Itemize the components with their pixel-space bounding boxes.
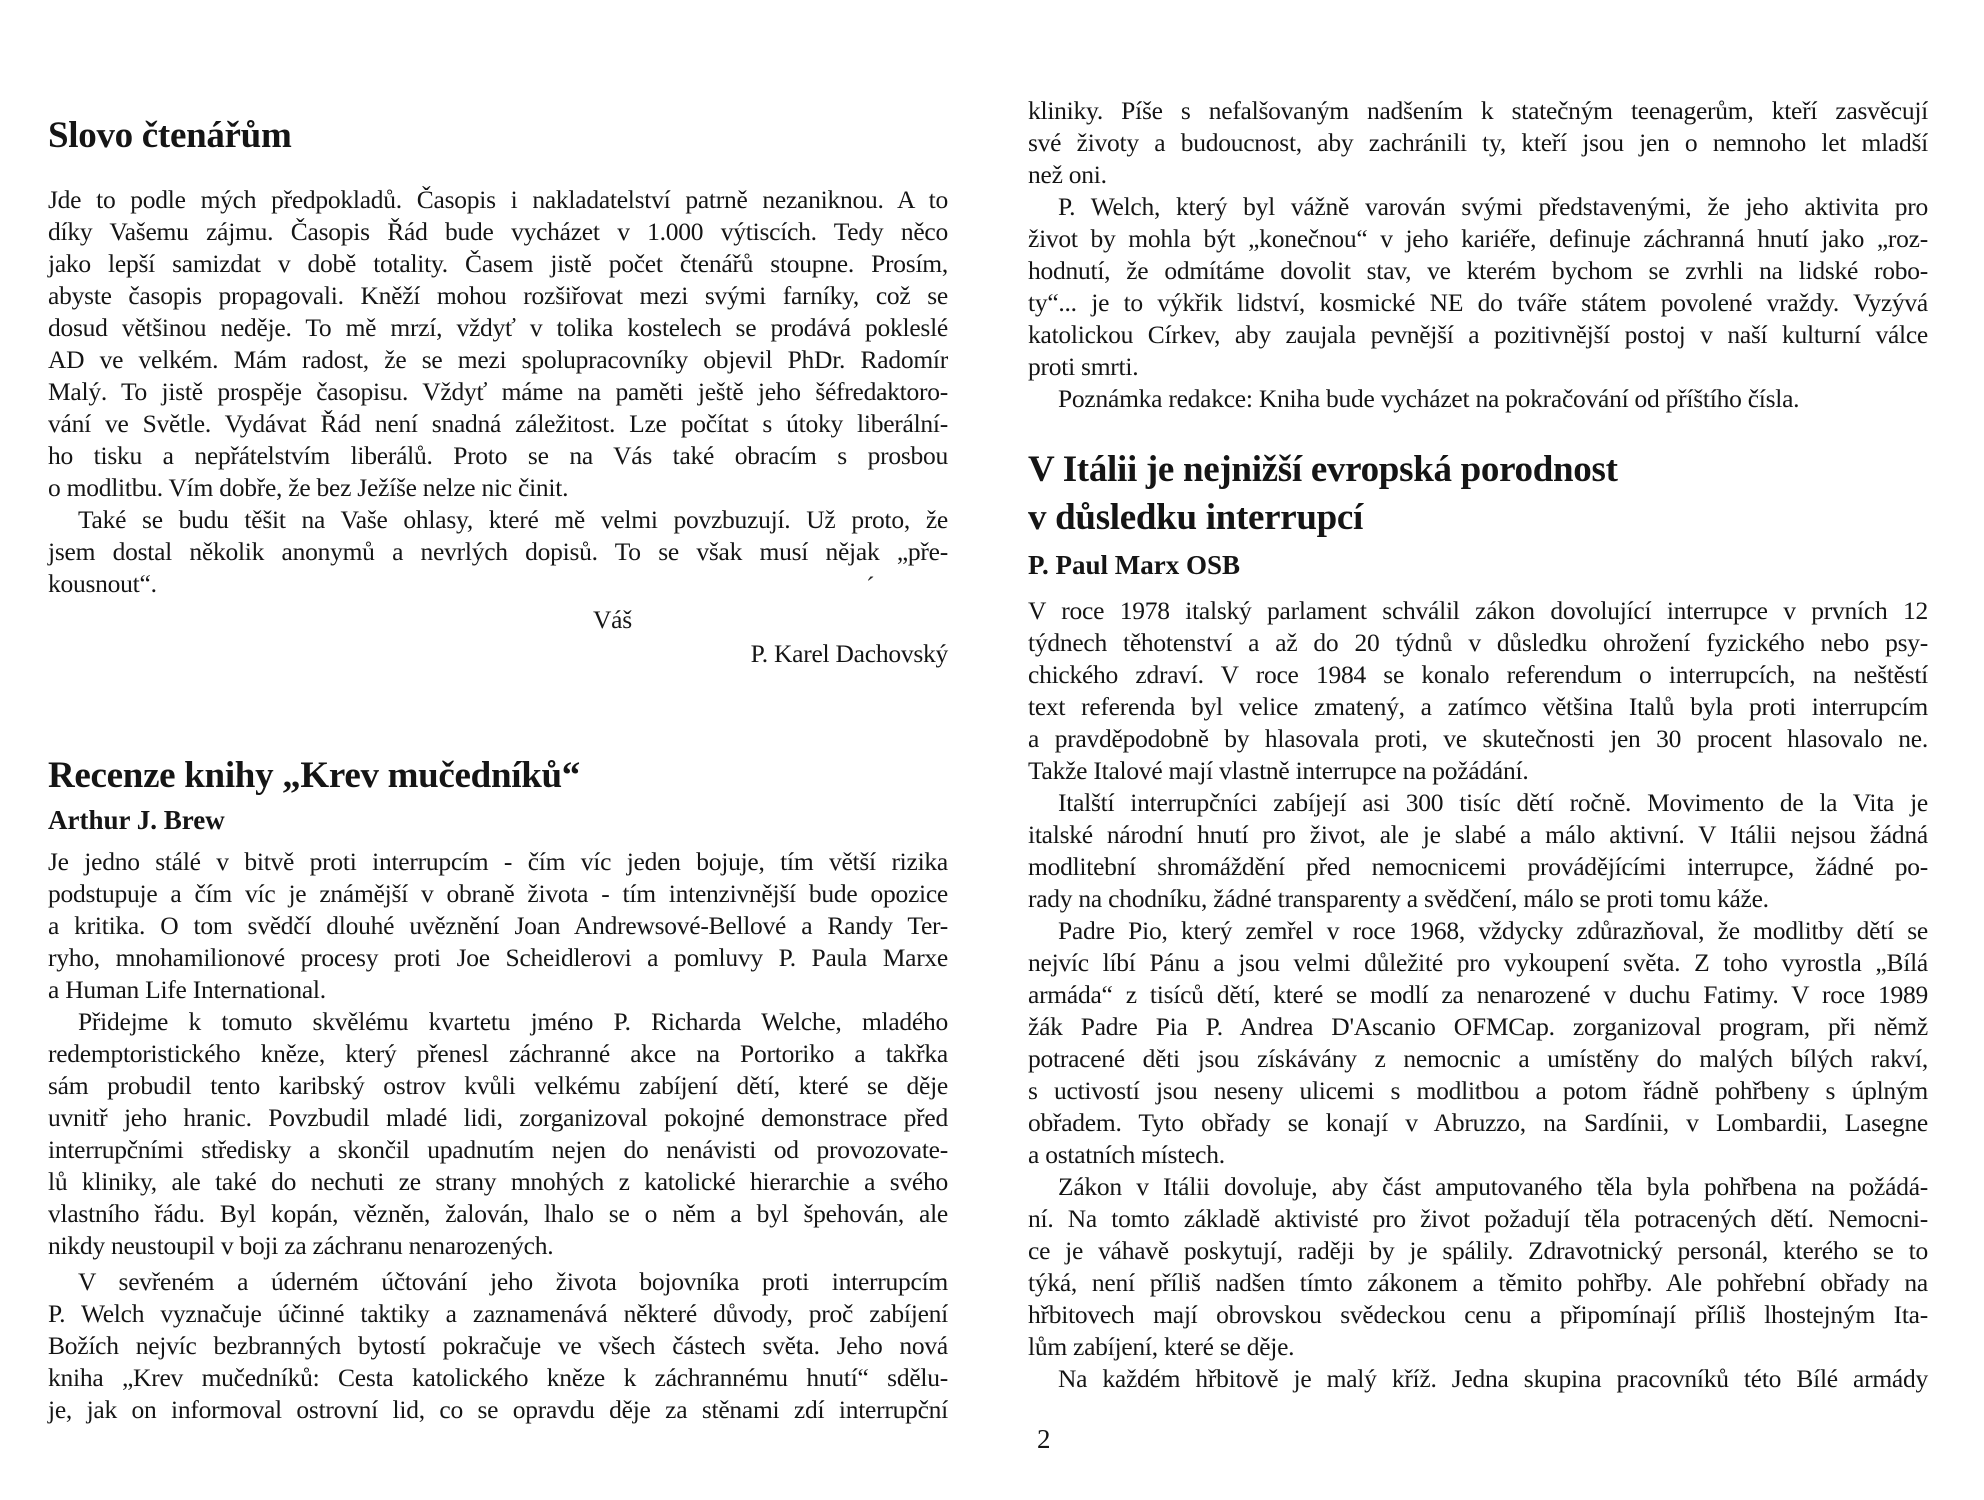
text-line: uvnitř jeho hranic. Povzbudil mladé lidi… <box>48 1102 948 1134</box>
text-line: a ostatních místech. <box>1028 1139 1928 1171</box>
text-line: lům zabíjení, které se děje. <box>1028 1331 1928 1363</box>
article-paragraphs: V roce 1978 italský parlament schválil z… <box>1028 595 1928 1395</box>
letter-to-readers-paragraphs: Jde to podle mých předpokladů. Časopis i… <box>48 184 948 600</box>
text-line: Je jedno stálé v bitvě proti interrupcím… <box>48 846 948 878</box>
byline-text: P. Paul Marx OSB <box>1028 548 1928 582</box>
text-line: Také se budu těšit na Vaše ohlasy, které… <box>48 504 948 536</box>
text-line: italské národní hnutí pro život, ale je … <box>1028 819 1928 851</box>
text-line: ty“... je to výkřik lidství, kosmické NE… <box>1028 287 1928 319</box>
review-paragraph-1: Je jedno stálé v bitvě proti interrupcím… <box>48 846 948 1006</box>
text-line: žák Padre Pia P. Andrea D'Ascanio OFMCap… <box>1028 1011 1928 1043</box>
text-line: ní. Na tomto základě aktivisté pro život… <box>1028 1203 1928 1235</box>
text-line: rady na chodníku, žádné transparenty a s… <box>1028 883 1928 915</box>
text-line: interrupčními středisky a skončil upadnu… <box>48 1134 948 1166</box>
text-line: abyste časopis propagovali. Kněží mohou … <box>48 280 948 312</box>
text-line: Božích nejvíc bezbranných bytostí pokrač… <box>48 1330 948 1362</box>
text-line: Malý. To jistě prospěje časopisu. Vždyť … <box>48 376 948 408</box>
text-line: díky Vašemu zájmu. Časopis Řád bude vych… <box>48 216 948 248</box>
text-line: text referenda byl velice zmatený, a zat… <box>1028 691 1928 723</box>
heading-line: v důsledku interrupcí <box>1028 494 1928 542</box>
text-line: kniha „Krev mučedníků: Cesta katolického… <box>48 1362 948 1394</box>
text-line: vání ve Světle. Vydávat Řád není snadná … <box>48 408 948 440</box>
page-number: 2 <box>1028 1423 1928 1455</box>
review-continuation-paragraphs: kliniky. Píše s nefalšovaným nadšením k … <box>1028 95 1928 415</box>
text-line: kliniky. Píše s nefalšovaným nadšením k … <box>1028 95 1928 127</box>
text-line: proti smrti. <box>1028 351 1928 383</box>
byline-text: Arthur J. Brew <box>48 803 948 837</box>
text-line: V roce 1978 italský parlament schválil z… <box>1028 595 1928 627</box>
text-line: modlitební shromáždění před nemocnicemi … <box>1028 851 1928 883</box>
text-line: a kritika. O tom svědčí dlouhé uvěznění … <box>48 910 948 942</box>
text-line: nikdy neustoupil v boji za záchranu nena… <box>48 1230 948 1262</box>
text-line: chického zdraví. V roce 1984 se konalo r… <box>1028 659 1928 691</box>
signature: P. Karel Dachovský <box>48 638 948 670</box>
text-line: ho tisku a nepřátelstvím liberálů. Proto… <box>48 440 948 472</box>
text-line: P. Welch vyznačuje účinné taktiky a zazn… <box>48 1298 948 1330</box>
text-line: armáda“ z tisíců dětí, které se modlí za… <box>1028 979 1928 1011</box>
text-line: o modlitbu. Vím dobře, že bez Ježíše nel… <box>48 472 948 504</box>
text-line: kousnout“. <box>48 568 948 600</box>
text-line: je, jak on informoval ostrovní lid, co s… <box>48 1394 948 1426</box>
text-line: vlastního řádu. Byl kopán, vězněn, žalov… <box>48 1198 948 1230</box>
text-line: hodnutí, že odmítáme dovolit stav, ve kt… <box>1028 255 1928 287</box>
text-line: Přidejme k tomuto skvělému kvartetu jmén… <box>48 1006 948 1038</box>
text-line: a Human Life International. <box>48 974 948 1006</box>
text-line: Na každém hřbitově je malý kříž. Jedna s… <box>1028 1363 1928 1395</box>
text-line: dosud většinou neděje. To mě mrzí, vždyť… <box>48 312 948 344</box>
text-line: ce je váhavě poskytují, raději by je spá… <box>1028 1235 1928 1267</box>
page-number: 2 <box>1028 1423 1928 1455</box>
text-line: V sevřeném a úderném účtování jeho život… <box>48 1266 948 1298</box>
text-line: své životy a budoucnost, aby zachránili … <box>1028 127 1928 159</box>
valediction: Váš <box>48 604 948 636</box>
byline-p-paul-marx-osb: P. Paul Marx OSB <box>1028 548 1928 582</box>
text-line: nejvíc líbí Pánu a jsou velmi důležité p… <box>1028 947 1928 979</box>
text-line: AD ve velkém. Mám radost, že se mezi spo… <box>48 344 948 376</box>
text-line: s uctivostí jsou neseny ulicemi s modlit… <box>1028 1075 1928 1107</box>
text-line: týká, není příliš nadšen tímto zákonem a… <box>1028 1267 1928 1299</box>
text-line: potracené děti jsou získávány z nemocnic… <box>1028 1043 1928 1075</box>
text-line: obřadem. Tyto obřady se konají v Abruzzo… <box>1028 1107 1928 1139</box>
text-line: Zákon v Itálii dovoluje, aby část amputo… <box>1028 1171 1928 1203</box>
valediction: Váš <box>48 604 948 636</box>
text-line: Padre Pio, který zemřel v roce 1968, vžd… <box>1028 915 1928 947</box>
heading-line: Slovo čtenářům <box>48 112 948 160</box>
text-line: Italští interrupčníci zabíjejí asi 300 t… <box>1028 787 1928 819</box>
text-line: P. Welch, který byl vážně varován svými … <box>1028 191 1928 223</box>
scan-artifact-mark: ´ <box>866 572 875 602</box>
scanned-document-page: Slovo čtenářůmJde to podle mých předpokl… <box>0 0 1984 1500</box>
text-line: podstupuje a čím víc je známější v obran… <box>48 878 948 910</box>
text-line: lů kliniky, ale také do nechuti ze stran… <box>48 1166 948 1198</box>
text-line: než oni. <box>1028 159 1928 191</box>
heading-line: Recenze knihy „Krev mučedníků“ <box>48 752 948 800</box>
text-line: katolickou Církev, aby zaujala pevnější … <box>1028 319 1928 351</box>
text-line: redemptoristického kněze, který přenesl … <box>48 1038 948 1070</box>
text-line: jsem dostal několik anonymů a nevrlých d… <box>48 536 948 568</box>
section-heading-slovo-ctenarum: Slovo čtenářům <box>48 112 948 160</box>
text-line: Poznámka redakce: Kniha bude vycházet na… <box>1028 383 1928 415</box>
byline-arthur-j-brew: Arthur J. Brew <box>48 803 948 837</box>
text-line: hřbitovech mají obrovskou svědeckou cenu… <box>1028 1299 1928 1331</box>
heading-line: V Itálii je nejnižší evropská porodnost <box>1028 446 1928 494</box>
section-heading-recenze-knihy: Recenze knihy „Krev mučedníků“ <box>48 752 948 800</box>
text-line: ryho, mnohamilionové procesy proti Joe S… <box>48 942 948 974</box>
text-line: život by mohla být „konečnou“ v jeho kar… <box>1028 223 1928 255</box>
review-paragraph-2: Přidejme k tomuto skvělému kvartetu jmén… <box>48 1006 948 1262</box>
article-heading-v-italii: V Itálii je nejnižší evropská porodnostv… <box>1028 446 1928 542</box>
signature: P. Karel Dachovský <box>48 638 948 670</box>
text-line: Jde to podle mých předpokladů. Časopis i… <box>48 184 948 216</box>
text-line: týdnech těhotenství a až do 20 týdnů v d… <box>1028 627 1928 659</box>
text-line: sám probudil tento karibský ostrov kvůli… <box>48 1070 948 1102</box>
review-paragraph-3: V sevřeném a úderném účtování jeho život… <box>48 1266 948 1426</box>
text-line: Takže Italové mají vlastně interrupce na… <box>1028 755 1928 787</box>
text-line: jako lepší samizdat v době totality. Čas… <box>48 248 948 280</box>
text-line: a pravděpodobně by hlasovala proti, ve s… <box>1028 723 1928 755</box>
